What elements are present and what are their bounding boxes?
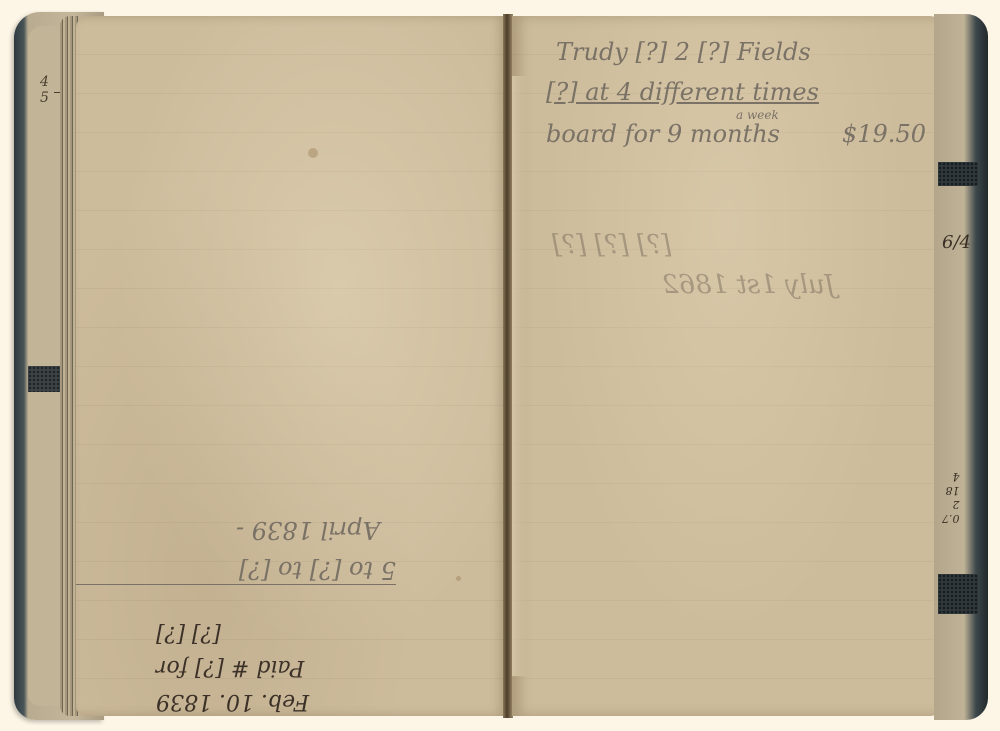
bleed-through-line-2: July 1st 1862 bbox=[662, 270, 835, 300]
cover-margin-mark: 6/4 bbox=[942, 232, 971, 253]
handwritten-entry-line2: 5 to [?] to [?] bbox=[76, 556, 396, 585]
cover-margin-tally: 0.7 2 18 4 bbox=[942, 469, 960, 525]
cover-binding-band bbox=[938, 574, 978, 614]
handwritten-amount: $19.50 bbox=[842, 120, 926, 148]
stain bbox=[456, 576, 461, 581]
right-page: Trudy [?] 2 [?] Fields [?] at 4 differen… bbox=[512, 16, 940, 716]
handwritten-entry-april-1839: April 1839 - bbox=[236, 516, 380, 544]
handwritten-line-2: [?] at 4 different times bbox=[546, 78, 819, 106]
front-cover: 6/4 0.7 2 18 4 bbox=[934, 14, 988, 720]
cover-margin-note: 4 5 bbox=[40, 74, 49, 106]
stain bbox=[308, 148, 318, 158]
handwritten-line-3: board for 9 months bbox=[546, 120, 780, 148]
handwritten-line-1: Trudy [?] 2 [?] Fields bbox=[556, 38, 811, 66]
bleed-through-line-1: [?] [?] [?] bbox=[552, 230, 671, 260]
cover-binding-band bbox=[938, 162, 978, 186]
torn-edge bbox=[512, 76, 528, 676]
handwritten-entry-feb-1839: Feb. 10. 1839 Paid # [?] for [?] [?] bbox=[156, 616, 309, 718]
left-page: April 1839 - 5 to [?] to [?] Feb. 10. 18… bbox=[76, 16, 506, 716]
open-notebook: 4 5 April 1839 - 5 to [?] to [?] Feb. 10… bbox=[0, 0, 1000, 731]
handwritten-superscript: a week bbox=[736, 108, 779, 122]
